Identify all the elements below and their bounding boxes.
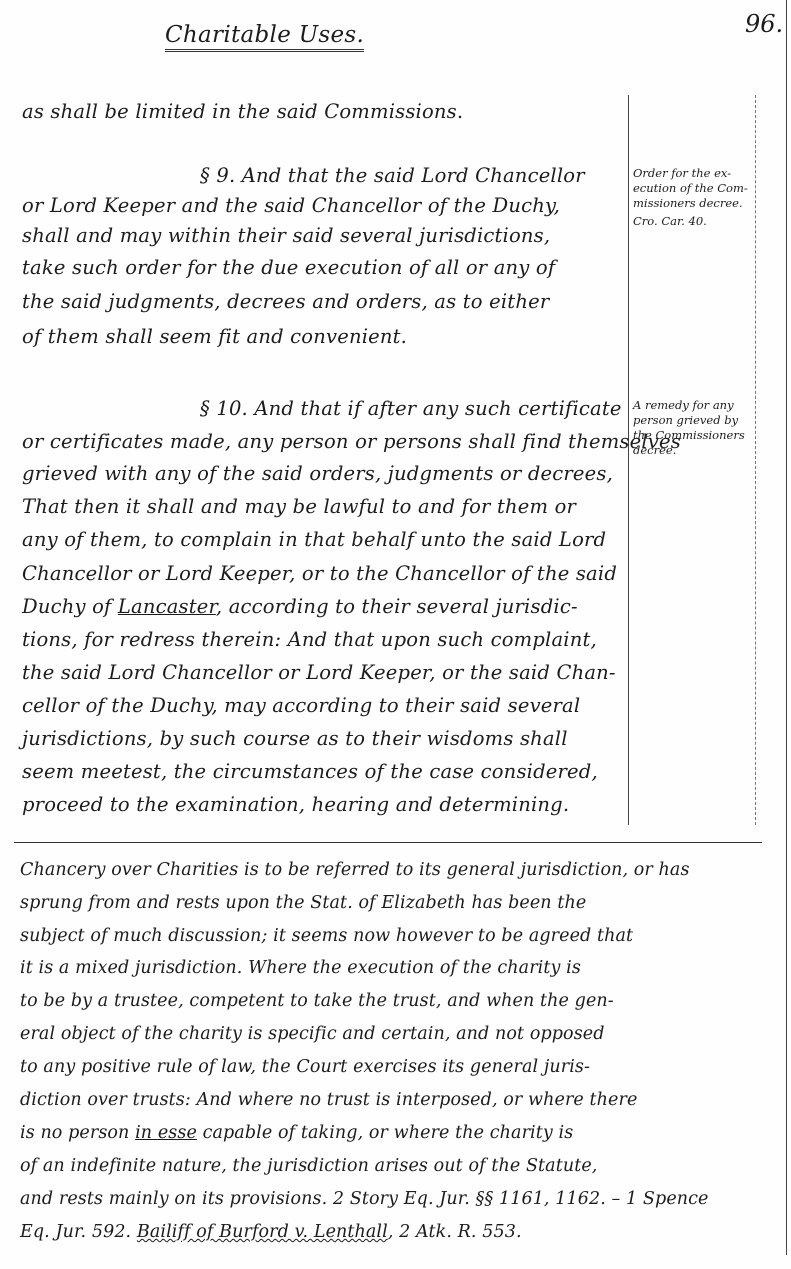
underlined-place-name: Lancaster [118, 595, 216, 618]
footnote-line: it is a mixed jurisdiction. Where the ex… [20, 958, 581, 978]
margin-note-line: Cro. Car. 40. [633, 214, 783, 229]
footnote-line: Chancery over Charities is to be referre… [20, 860, 690, 880]
text-line: cellor of the Duchy, may according to th… [22, 694, 580, 717]
margin-rule [628, 95, 629, 825]
text-line: § 9. And that the said Lord Chancellor [200, 164, 585, 187]
opening-line: as shall be limited in the said Commissi… [22, 100, 463, 123]
text-line: any of them, to complain in that behalf … [22, 528, 606, 551]
text-fragment: capable of taking, or where the charity … [197, 1123, 573, 1143]
margin-note-line: Order for the ex- [633, 166, 783, 181]
margin-note-line: A remedy for any [633, 398, 783, 413]
margin-note-section-10: A remedy for any person grieved by the C… [633, 398, 783, 458]
text-fragment: , according to their several jurisdic- [216, 595, 578, 618]
text-line: grieved with any of the said orders, jud… [22, 462, 613, 485]
text-line: shall and may within their said several … [22, 224, 550, 247]
margin-note-line: ecution of the Com- [633, 181, 783, 196]
margin-note-section-9: Order for the ex- ecution of the Com- mi… [633, 166, 783, 229]
margin-note-line: person grieved by [633, 413, 783, 428]
footnote-line: to any positive rule of law, the Court e… [20, 1057, 590, 1077]
text-line-lancaster: Duchy of Lancaster, according to their s… [22, 595, 578, 618]
margin-note-line: missioners decree. [633, 196, 783, 211]
margin-note-line: decree. [633, 443, 783, 458]
footnote-line-in-esse: is no person in esse capable of taking, … [20, 1123, 573, 1143]
text-fragment: , 2 Atk. R. 553. [388, 1222, 522, 1242]
text-line: jurisdictions, by such course as to thei… [22, 727, 568, 750]
underlined-latin-phrase: in esse [135, 1123, 197, 1143]
text-line: § 10. And that if after any such certifi… [200, 397, 622, 420]
text-line: seem meetest, the circumstances of the c… [22, 760, 598, 783]
text-fragment: Duchy of [22, 595, 118, 618]
footnote-line-citation: Eq. Jur. 592. Bailiff of Burford v. Lent… [20, 1222, 522, 1242]
footnote-line: diction over trusts: And where no trust … [20, 1090, 637, 1110]
text-line: tions, for redress therein: And that upo… [22, 628, 597, 651]
footnote-line: sprung from and rests upon the Stat. of … [20, 893, 586, 913]
text-line: of them shall seem fit and convenient. [22, 325, 407, 348]
text-line: the said Lord Chancellor or Lord Keeper,… [22, 661, 616, 684]
text-fragment: is no person [20, 1123, 135, 1143]
page-title: Charitable Uses. [165, 22, 364, 52]
footnote-divider [14, 842, 762, 843]
text-line: Chancellor or Lord Keeper, or to the Cha… [22, 562, 617, 585]
text-line: the said judgments, decrees and orders, … [22, 290, 549, 313]
footnote-line: subject of much discussion; it seems now… [20, 926, 633, 946]
page-edge-rule [786, 0, 787, 1255]
underlined-case-name: Bailiff of Burford v. Lenthall [137, 1222, 388, 1242]
text-fragment: Eq. Jur. 592. [20, 1222, 137, 1242]
manuscript-page: Charitable Uses. 96. as shall be limited… [0, 0, 791, 1269]
text-line: proceed to the examination, hearing and … [22, 793, 569, 816]
page-number: 96. [745, 10, 783, 38]
text-line: or certificates made, any person or pers… [22, 430, 681, 453]
footnote-line: of an indefinite nature, the jurisdictio… [20, 1156, 597, 1176]
footnote-line: eral object of the charity is specific a… [20, 1024, 605, 1044]
text-line: or Lord Keeper and the said Chancellor o… [22, 194, 560, 217]
text-line: That then it shall and may be lawful to … [22, 495, 576, 518]
text-line: take such order for the due execution of… [22, 256, 555, 279]
footnote-line: to be by a trustee, competent to take th… [20, 991, 614, 1011]
footnote-line: and rests mainly on its provisions. 2 St… [20, 1189, 709, 1209]
margin-note-line: the Commissioners [633, 428, 783, 443]
